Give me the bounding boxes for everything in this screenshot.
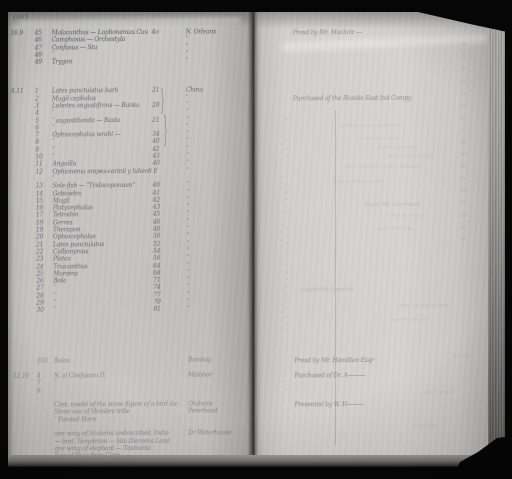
showthrough-mark: num uunm mum <box>388 154 434 160</box>
entry-number: 22 <box>36 248 53 255</box>
entry-count: 43 <box>152 153 168 160</box>
entry-count <box>154 408 170 415</box>
entry-count: 41 <box>153 189 169 196</box>
entry-number: 7 <box>35 132 52 139</box>
entry-count <box>154 445 170 452</box>
entry-number <box>37 416 54 423</box>
register-entries: 16.9 45 Malacanthus — Lophonemus Cuv. 4o… <box>11 28 242 460</box>
margin-number: 44 <box>460 210 466 222</box>
entry-count: 4o <box>151 29 167 36</box>
showthrough-mark: nmu num <box>412 423 438 429</box>
margin-number: 34 <box>460 88 466 100</box>
bottom-page-edges <box>8 455 505 467</box>
entry-number <box>37 394 54 401</box>
entry-count <box>154 321 170 328</box>
margin-number: 35 <box>460 100 466 112</box>
entry-number <box>37 438 54 445</box>
showthrough-mark: mnum numm uum <box>332 179 383 185</box>
entry-count: 46 <box>153 182 169 189</box>
showthrough-mark: ummum nnum muunn num <box>345 164 421 170</box>
margin-number: 39 <box>460 149 466 161</box>
entry-count <box>154 350 170 357</box>
pencil-annotation: Magell McCandlish <box>300 287 354 293</box>
entry-count <box>154 415 170 422</box>
margin-number: 41 <box>460 173 466 185</box>
entry-number: 14 <box>36 190 53 197</box>
page-top-glare <box>20 17 240 25</box>
entry-count: 43 <box>153 204 169 211</box>
showthrough-mark: mnnum annim <box>378 145 418 151</box>
entry-count <box>154 437 170 444</box>
entry-count <box>152 51 168 58</box>
entry-number: 26 <box>36 278 53 285</box>
margin-number: 43 <box>460 197 466 209</box>
entry-number: 4 <box>37 372 54 379</box>
entry-number: 28 <box>36 292 53 299</box>
entry-count: 79 <box>153 299 169 306</box>
entry-number: 12 <box>35 168 52 175</box>
entry-number: 4 <box>35 110 52 117</box>
margin-numbers: 30 31 32 33 34 35 36 37 38 39 <box>460 39 466 246</box>
margin-number: 37 <box>460 124 466 136</box>
showthrough-mark: nn um <box>452 353 470 359</box>
entry-number: 21 <box>36 241 53 248</box>
entry-count: 45 <box>153 211 169 218</box>
entry-number: 5 <box>35 117 52 124</box>
entry-number: 27 <box>36 285 53 292</box>
entry-count: 46 <box>153 218 169 225</box>
left-page: 1845 16.9 45 Malacanthus — Lophonemus Cu… <box>8 12 252 455</box>
entry-number: 46 <box>35 37 52 44</box>
entry-number: 15 <box>36 197 53 204</box>
margin-number: 42 <box>460 185 466 197</box>
entry-number <box>35 73 52 80</box>
entry-count <box>152 167 168 174</box>
entry-number: 45 <box>34 30 51 37</box>
margin-number: 31 <box>460 51 466 63</box>
entry-number: 19 <box>36 227 53 234</box>
book-pages: 1845 16.9 45 Malacanthus — Lophonemus Cu… <box>8 12 505 455</box>
entry-count: 74 <box>153 284 169 291</box>
entry-number: 10 <box>35 154 52 161</box>
showthrough-mark: mum annum <box>392 317 427 323</box>
entry-count: 56 <box>153 255 169 262</box>
margin-number: 46 <box>460 234 466 246</box>
entry-count: 81 <box>153 306 169 313</box>
entry-number <box>37 431 54 438</box>
margin-number: 30 <box>460 39 466 51</box>
entry-count: 42 <box>153 197 169 204</box>
entry-count <box>154 342 170 349</box>
page-edge-stack <box>488 12 505 455</box>
showthrough-mark: nnum omunn num <box>398 303 449 309</box>
entry-count <box>154 423 170 430</box>
margin-number: 40 <box>460 161 466 173</box>
entry-number: 1 <box>35 88 52 95</box>
entry-number <box>37 343 54 350</box>
entry-count <box>153 313 169 320</box>
entry-number: 8 <box>37 387 54 394</box>
book-gutter <box>248 12 258 455</box>
page-number-smudge: 45 <box>476 21 484 28</box>
entry-count <box>154 328 170 335</box>
entry-count <box>154 364 170 371</box>
entry-number <box>37 424 54 431</box>
entry-count: 71 <box>153 277 169 284</box>
entry-count <box>154 335 170 342</box>
entry-number: 3 <box>35 102 52 109</box>
showthrough-mark: nuum annum <box>388 213 425 219</box>
entry-number: 6 <box>35 124 52 131</box>
entry-number <box>35 66 52 73</box>
margin-number: 32 <box>460 63 466 75</box>
entry-number <box>37 402 54 409</box>
entry-number: 17 <box>36 212 53 219</box>
entry-number <box>36 175 53 182</box>
entry-count <box>152 58 168 65</box>
margin-number: 33 <box>460 76 466 88</box>
ledger-photo: 1845 16.9 45 Malacanthus — Lophonemus Cu… <box>0 0 512 479</box>
showthrough-mark: num mum <box>424 390 452 396</box>
entry-number: 49 <box>35 59 52 66</box>
entry-count <box>152 65 168 72</box>
entry-count: 48 <box>153 226 169 233</box>
entry-number: 11 <box>35 161 52 168</box>
entry-number: 13 <box>36 183 53 190</box>
entry-number: 7 <box>37 380 54 387</box>
entry-count <box>154 372 170 379</box>
entry-number: 25 <box>36 270 53 277</box>
right-page: 45 Presd by Mr. Maclure — <box>252 12 488 455</box>
year-label: 1845 <box>12 12 29 21</box>
showthrough-mark: nummen mum annum <box>340 123 401 129</box>
entry-number: 48 <box>35 51 52 58</box>
entry-count <box>154 386 170 393</box>
entry-count <box>152 72 168 79</box>
entry-number: 103 <box>37 358 54 365</box>
entry-number <box>37 351 54 358</box>
entry-number <box>37 445 54 452</box>
entry-count <box>154 394 170 401</box>
entry-number: 9 <box>35 146 52 153</box>
margin-number: 36 <box>460 112 466 124</box>
entry-count <box>154 430 170 437</box>
entry-number: 30 <box>36 307 53 314</box>
entry-count: 54 <box>153 248 169 255</box>
entry-number <box>37 409 54 416</box>
entry-count <box>153 175 169 182</box>
entry-count: 52 <box>153 240 169 247</box>
showthrough-mark: uum muum nm <box>356 136 398 142</box>
entry-count <box>152 43 168 50</box>
entry-count: 68 <box>153 269 169 276</box>
entry-number <box>37 365 54 372</box>
entry-count: 77 <box>153 291 169 298</box>
dust-speck <box>68 0 76 5</box>
pencil-annotation: Angel Mc Courmack <box>364 202 421 208</box>
entry-number <box>37 321 54 328</box>
margin-number: 45 <box>460 222 466 234</box>
entry-count: 64 <box>153 262 169 269</box>
entry-number: 47 <box>35 44 52 51</box>
entry-count <box>154 357 170 364</box>
entry-count: 40 <box>152 160 168 167</box>
entry-number <box>37 336 54 343</box>
entry-number: 23 <box>36 256 53 263</box>
entry-count <box>152 36 168 43</box>
margin-number: 38 <box>460 137 466 149</box>
entry-count <box>154 379 170 386</box>
showthrough-mark: mumen num <box>378 226 413 232</box>
grouping-brace: } <box>163 112 168 150</box>
entry-number: 16 <box>36 205 53 212</box>
entry-count <box>154 401 170 408</box>
entry-number: 2 <box>35 95 52 102</box>
entry-number <box>37 329 54 336</box>
entry-number <box>36 314 53 321</box>
ledger-row <box>253 444 485 453</box>
entry-number: 29 <box>36 299 53 306</box>
entry-number: 18 <box>36 219 53 226</box>
entry-number: 8 <box>35 139 52 146</box>
entry-number: 24 <box>36 263 53 270</box>
entry-number <box>35 81 52 88</box>
entry-number: 20 <box>36 234 53 241</box>
entry-count: 50 <box>153 233 169 240</box>
